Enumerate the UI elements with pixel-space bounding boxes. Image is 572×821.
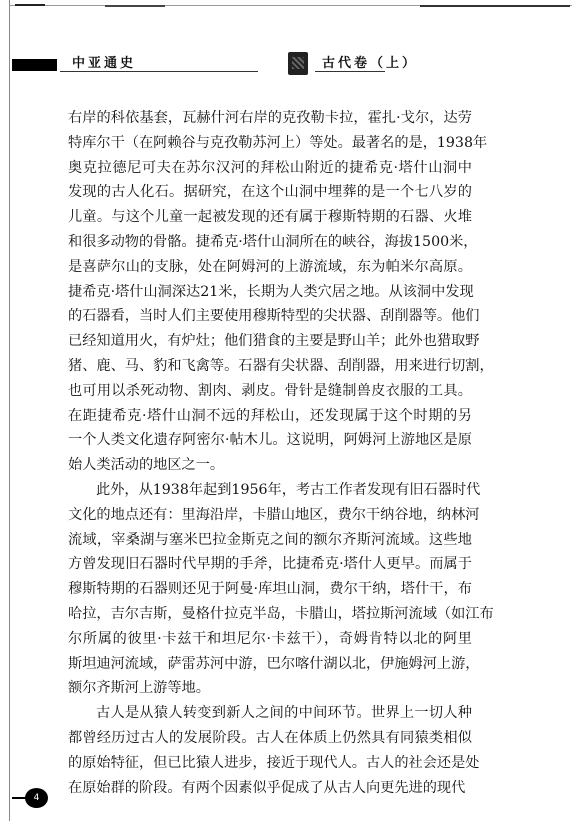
text-line: 在原始群的阶段。有两个因素似乎促成了从古人向更先进的现代 xyxy=(68,776,472,801)
text-line: 都曾经历过古人的发展阶段。古人在体质上仍然具有同猿类相似 xyxy=(68,726,472,751)
text-line: 古人是从猿人转变到新人之间的中间环节。世界上一切人种 xyxy=(68,701,472,726)
text-line: 特库尔干（在阿赖谷与克孜勒苏河上）等处。最著名的是，1938年 xyxy=(68,131,472,156)
text-line: 捷希克·塔什山洞深达21米，长期为人类穴居之地。从该洞中发现 xyxy=(68,280,472,305)
text-line: 文化的地点还有：里海沿岸，卡腊山地区，费尔干纳谷地，纳林河 xyxy=(68,503,472,528)
text-line: 猪、鹿、马、豹和飞禽等。石器有尖状器、刮削器，用来进行切割， xyxy=(68,354,472,379)
text-line: 方曾发现旧石器时代早期的手斧，比捷希克·塔什人更早。而属于 xyxy=(68,552,472,577)
text-line: 右岸的科依基套，瓦赫什河右岸的克孜勒卡拉，霍扎·戈尔，达劳 xyxy=(68,106,472,131)
emblem-icon xyxy=(288,52,308,75)
top-border-mark xyxy=(15,4,45,6)
top-border-mark xyxy=(105,5,165,7)
text-line: 的石器看，当时人们主要使用穆斯特型的尖状器、刮削器等。他们 xyxy=(68,304,472,329)
text-line: 是喜萨尔山的支脉，处在阿姆河的上游流域，东为帕米尔高原。 xyxy=(68,255,472,280)
text-line: 的原始特征，但已比猿人进步，接近于现代人。古人的社会还是处 xyxy=(68,751,472,776)
text-line: 额尔齐斯河上游等地。 xyxy=(68,676,472,701)
header-rule xyxy=(60,71,258,72)
text-line: 此外，从1938年起到1956年，考古工作者发现有旧石器时代 xyxy=(68,478,472,503)
page-edge xyxy=(9,0,10,821)
paragraph: 右岸的科依基套，瓦赫什河右岸的克孜勒卡拉，霍扎·戈尔，达劳特库尔干（在阿赖谷与克… xyxy=(68,106,472,478)
book-title: 中亚通史 xyxy=(72,52,136,71)
text-line: 穆斯特期的石器则还见于阿曼·库坦山洞，费尔干纳，塔什干，布 xyxy=(68,577,472,602)
header-black-bar xyxy=(12,59,57,71)
body-text: 右岸的科依基套，瓦赫什河右岸的克孜勒卡拉，霍扎·戈尔，达劳特库尔干（在阿赖谷与克… xyxy=(68,106,472,800)
text-line: 一个人类文化遗存阿密尔·帖木儿。这说明，阿姆河上游地区是原 xyxy=(68,428,472,453)
text-line: 也可用以杀死动物、割肉、剥皮。骨针是缝制兽皮衣服的工具。 xyxy=(68,379,472,404)
volume-title: 古代卷（上） xyxy=(322,52,418,71)
badge-tail xyxy=(12,797,26,799)
text-line: 哈拉，吉尔吉斯，曼格什拉克半岛，卡腊山，塔拉斯河流域（如江布 xyxy=(68,602,472,627)
text-line: 流域，宰桑湖与塞米巴拉金斯克之间的额尔齐斯河流域。这些地 xyxy=(68,528,472,553)
text-line: 已经知道用火，有炉灶；他们猎食的主要是野山羊；此外也猎取野 xyxy=(68,329,472,354)
paragraph: 此外，从1938年起到1956年，考古工作者发现有旧石器时代文化的地点还有：里海… xyxy=(68,478,472,701)
text-line: 斯坦迪河流域，萨雷苏河中游，巴尔喀什湖以北，伊施姆河上游， xyxy=(68,652,472,677)
page-number-badge: 4 xyxy=(12,787,48,809)
header-rule xyxy=(315,71,385,72)
text-line: 发现的古人化石。据研究，在这个山洞中埋葬的是一个七八岁的 xyxy=(68,180,472,205)
text-line: 和很多动物的骨骼。捷希克·塔什山洞所在的峡谷，海拔1500米， xyxy=(68,230,472,255)
text-line: 始人类活动的地区之一。 xyxy=(68,453,472,478)
text-line: 儿童。与这个儿童一起被发现的还有属于穆斯特期的石器、火堆 xyxy=(68,205,472,230)
text-line: 尔所属的彼里·卡兹干和坦尼尔·卡兹干），奇姆肯特以北的阿里 xyxy=(68,627,472,652)
page-number: 4 xyxy=(25,788,48,808)
text-line: 在距捷希克·塔什山洞不远的拜松山，还发现属于这个时期的另 xyxy=(68,404,472,429)
paragraph: 古人是从猿人转变到新人之间的中间环节。世界上一切人种都曾经历过古人的发展阶段。古… xyxy=(68,701,472,800)
running-header: 中亚通史 古代卷（上） xyxy=(10,44,572,74)
top-border-mark xyxy=(420,5,570,7)
text-line: 奥克拉德尼可夫在苏尔汉河的拜松山附近的捷希克·塔什山洞中 xyxy=(68,156,472,181)
